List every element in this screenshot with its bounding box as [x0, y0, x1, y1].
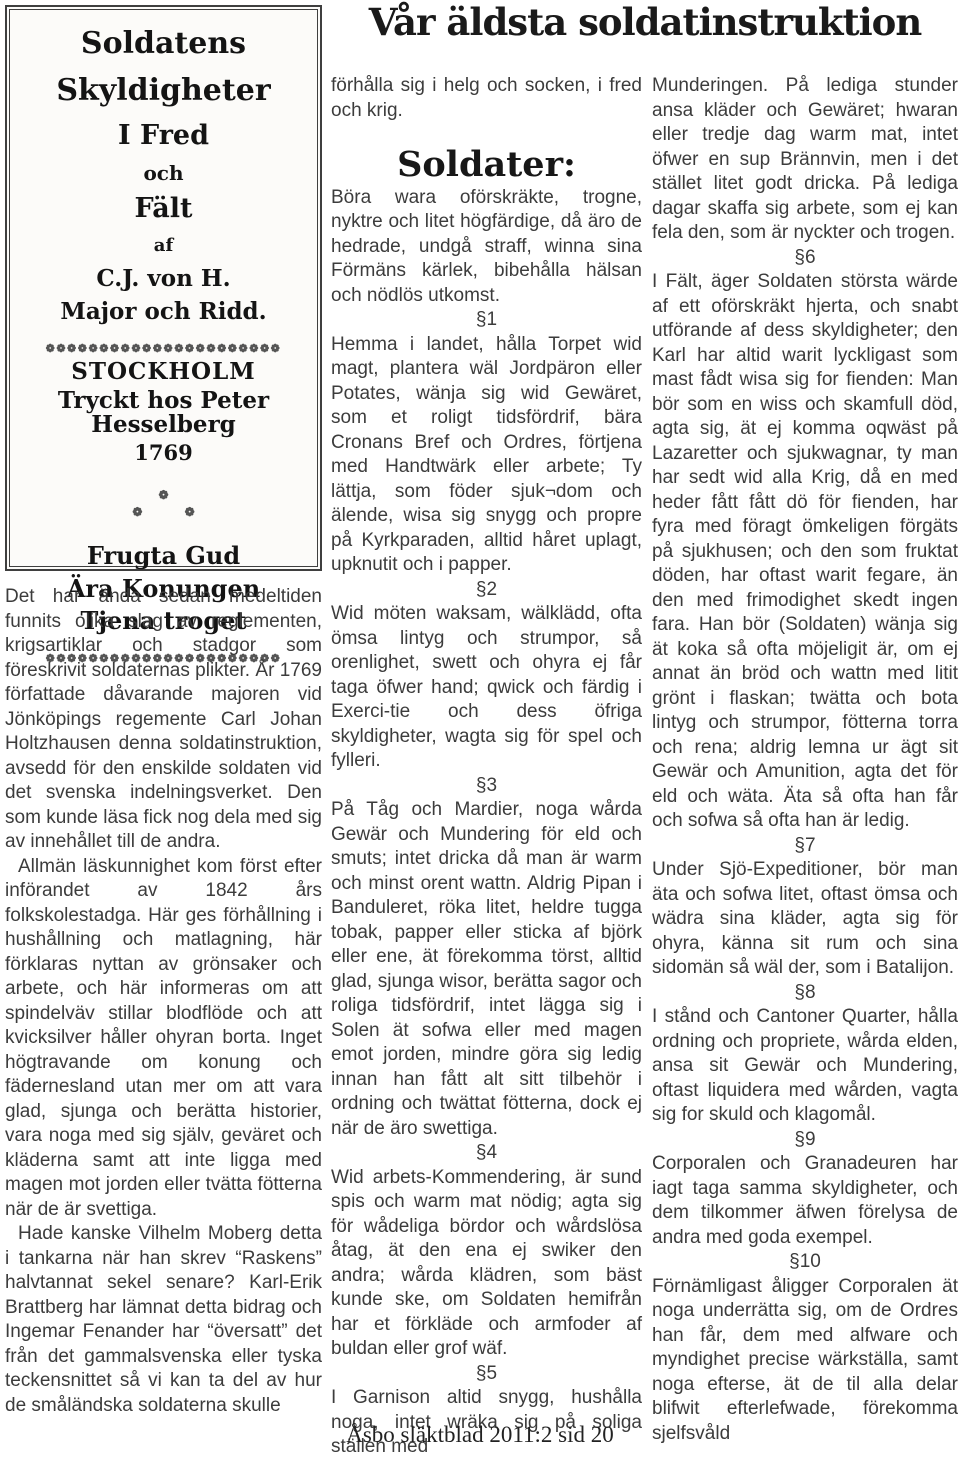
section-paragraph: Wid arbets-Kommendering, är sund spis oc…: [331, 1166, 642, 1362]
section-label: §1: [331, 308, 642, 333]
section-label: §5: [331, 1362, 642, 1387]
cover-motto-line: Frugta Gud: [87, 543, 240, 568]
book-cover-image: Soldatens Skyldigheter I Fred och Fält a…: [5, 5, 322, 571]
continuation-paragraph: Munderingen. På lediga stunder ansa kläd…: [652, 74, 958, 246]
book-cover-frame: Soldatens Skyldigheter I Fred och Fält a…: [9, 9, 318, 567]
left-column: Det har ända sedan medeltiden funnits ol…: [5, 585, 322, 1418]
cover-imprint-year: 1769: [134, 442, 192, 464]
soldater-intro-paragraph: Böra wara oförskräkte, trogne, nyktre oc…: [331, 186, 642, 309]
flower-ornament-icon: ❁: [158, 488, 168, 502]
intro-paragraph: Det har ända sedan medeltiden funnits ol…: [5, 585, 322, 855]
intro-paragraph: Allmän läskunnighet kom först efter infö…: [5, 855, 322, 1223]
section-paragraph: I Fält, äger Soldaten största wärde af e…: [652, 270, 958, 834]
cover-imprint-city: STOCKHOLM: [71, 360, 255, 384]
cover-title-line: Skyldigheter: [56, 75, 270, 107]
intro-paragraph: Hade kanske Vilhelm Moberg detta i tanka…: [5, 1222, 322, 1418]
section-label: §3: [331, 774, 642, 799]
section-label: §10: [652, 1250, 958, 1275]
section-label: §7: [652, 834, 958, 859]
cover-author-line: Major och Ridd.: [60, 300, 266, 324]
cover-author-line: C.J. von H.: [96, 267, 230, 291]
cover-title-line: Fält: [135, 195, 193, 223]
section-paragraph: Förnämligast åligger Corporalen ät noga …: [652, 1275, 958, 1447]
cover-title-line: I Fred: [118, 122, 209, 150]
section-label: §8: [652, 981, 958, 1006]
cover-title-line: af: [154, 237, 173, 256]
section-label: §6: [652, 246, 958, 271]
page-footer: Åsbo släktblad 2011:2 sid 20: [0, 1422, 960, 1448]
section-paragraph: Hemma i landet, hålla Torpet wid magt, p…: [331, 333, 642, 578]
cover-title-line: och: [143, 163, 183, 184]
section-label: §4: [331, 1141, 642, 1166]
page-title: Vår äldsta soldatinstruktion: [332, 0, 958, 44]
section-paragraph: På Tåg och Mardier, noga wårda Gewär och…: [331, 798, 642, 1141]
soldater-heading: Soldater:: [331, 153, 642, 178]
section-paragraph: Under Sjö-Expeditioner, bör man äta och …: [652, 858, 958, 981]
document-page: Vår äldsta soldatinstruktion Soldatens S…: [0, 0, 960, 1460]
section-paragraph: Wid möten waksam, wälklädd, ofta ömsa li…: [331, 602, 642, 774]
right-column: Munderingen. På lediga stunder ansa kläd…: [652, 74, 958, 1446]
section-label: §2: [331, 578, 642, 603]
middle-column: förhålla sig i helg och socken, i fred o…: [331, 74, 642, 1460]
continuation-paragraph: förhålla sig i helg och socken, i fred o…: [331, 74, 642, 123]
section-label: §9: [652, 1128, 958, 1153]
cover-title-line: Soldatens: [81, 28, 246, 60]
cover-imprint-printer: Tryckt hos Peter Hesselberg: [10, 389, 317, 437]
flower-ornament-row-icon: ❁❁❁❁❁❁❁❁❁❁❁❁❁❁❁❁❁❁❁❁❁❁: [46, 342, 282, 355]
section-paragraph: I stånd och Cantoner Quarter, hålla ordn…: [652, 1005, 958, 1128]
section-paragraph: Corporalen och Granadeuren har iagt taga…: [652, 1152, 958, 1250]
flower-ornament-pair-icon: ❁ ❁: [132, 505, 194, 519]
